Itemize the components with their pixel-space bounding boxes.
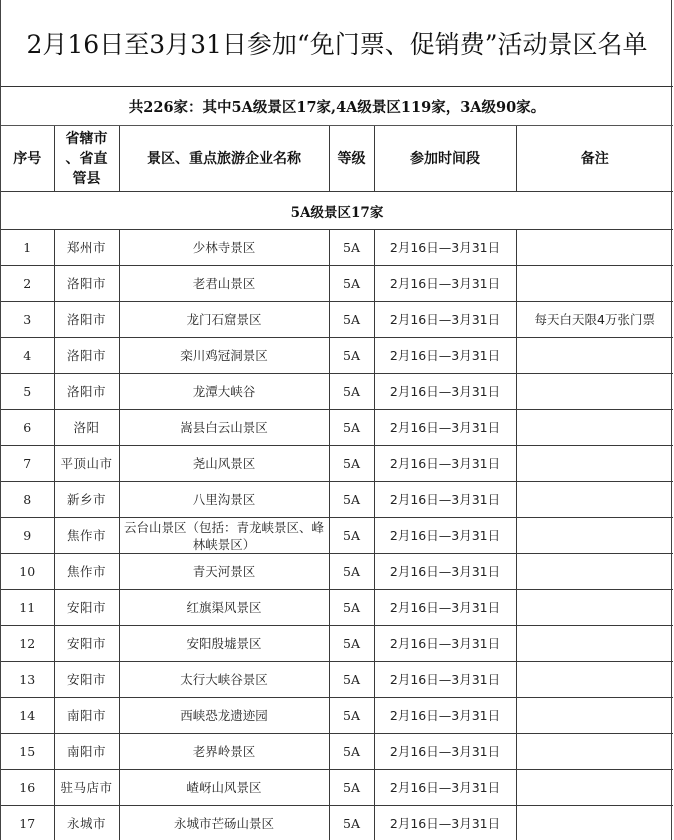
row-seq: 12	[1, 626, 54, 662]
row-seq: 17	[1, 806, 54, 840]
row-name: 尧山风景区	[119, 446, 329, 482]
row-period: 2月16日—3月31日	[374, 230, 516, 266]
table-row: 8新乡市八里沟景区5A2月16日—3月31日	[1, 482, 673, 518]
row-seq: 11	[1, 590, 54, 626]
section-label: 5A级景区17家	[1, 192, 673, 230]
row-seq: 14	[1, 698, 54, 734]
row-name: 西峡恐龙遗迹园	[119, 698, 329, 734]
table-row: 2洛阳市老君山景区5A2月16日—3月31日	[1, 266, 673, 302]
row-note	[516, 698, 673, 734]
row-note	[516, 626, 673, 662]
row-seq: 1	[1, 230, 54, 266]
row-city: 平顶山市	[54, 446, 119, 482]
header-note: 备注	[516, 126, 673, 192]
header-row: 序号 省辖市 、省直 管县 景区、重点旅游企业名称 等级 参加时间段 备注	[1, 126, 673, 192]
row-seq: 3	[1, 302, 54, 338]
row-seq: 13	[1, 662, 54, 698]
header-city-line3: 管县	[55, 169, 119, 189]
row-name: 龙门石窟景区	[119, 302, 329, 338]
row-name: 青天河景区	[119, 554, 329, 590]
row-grade: 5A	[329, 626, 374, 662]
summary-band: 共226家：其中5A级景区17家,4A级景区119家，3A级90家。	[1, 87, 673, 126]
row-city: 新乡市	[54, 482, 119, 518]
header-grade: 等级	[329, 126, 374, 192]
row-city: 洛阳市	[54, 374, 119, 410]
row-grade: 5A	[329, 770, 374, 806]
row-grade: 5A	[329, 374, 374, 410]
row-seq: 6	[1, 410, 54, 446]
table-row: 14南阳市西峡恐龙遗迹园5A2月16日—3月31日	[1, 698, 673, 734]
table-row: 9焦作市云台山景区（包括：青龙峡景区、峰林峡景区）5A2月16日—3月31日	[1, 518, 673, 554]
header-city-line2: 、省直	[55, 149, 119, 169]
row-city: 安阳市	[54, 662, 119, 698]
row-note	[516, 770, 673, 806]
row-seq: 16	[1, 770, 54, 806]
row-grade: 5A	[329, 266, 374, 302]
row-city: 南阳市	[54, 698, 119, 734]
row-name: 嵖岈山风景区	[119, 770, 329, 806]
table-row: 11安阳市红旗渠风景区5A2月16日—3月31日	[1, 590, 673, 626]
row-city: 焦作市	[54, 518, 119, 554]
row-city: 洛阳市	[54, 302, 119, 338]
row-note	[516, 374, 673, 410]
header-seq: 序号	[1, 126, 54, 192]
row-grade: 5A	[329, 554, 374, 590]
row-seq: 7	[1, 446, 54, 482]
row-grade: 5A	[329, 734, 374, 770]
row-period: 2月16日—3月31日	[374, 518, 516, 554]
row-city: 郑州市	[54, 230, 119, 266]
row-grade: 5A	[329, 302, 374, 338]
table-row: 7平顶山市尧山风景区5A2月16日—3月31日	[1, 446, 673, 482]
row-note	[516, 482, 673, 518]
row-note: 每天白天限4万张门票	[516, 302, 673, 338]
row-name: 永城市芒砀山景区	[119, 806, 329, 840]
row-city: 洛阳	[54, 410, 119, 446]
row-period: 2月16日—3月31日	[374, 482, 516, 518]
summary-text: 共226家：其中5A级景区17家,4A级景区119家，3A级90家。	[129, 96, 545, 117]
row-city: 焦作市	[54, 554, 119, 590]
row-period: 2月16日—3月31日	[374, 662, 516, 698]
header-city-line1: 省辖市	[55, 129, 119, 149]
document-sheet: 2月16日至3月31日参加“免门票、促销费”活动景区名单 共226家：其中5A级…	[0, 0, 672, 840]
header-name: 景区、重点旅游企业名称	[119, 126, 329, 192]
row-seq: 9	[1, 518, 54, 554]
row-period: 2月16日—3月31日	[374, 698, 516, 734]
row-note	[516, 518, 673, 554]
row-city: 安阳市	[54, 626, 119, 662]
row-period: 2月16日—3月31日	[374, 770, 516, 806]
row-grade: 5A	[329, 662, 374, 698]
row-note	[516, 554, 673, 590]
row-period: 2月16日—3月31日	[374, 266, 516, 302]
row-name: 龙潭大峡谷	[119, 374, 329, 410]
section-row-5a: 5A级景区17家	[1, 192, 673, 230]
row-seq: 5	[1, 374, 54, 410]
row-city: 洛阳市	[54, 338, 119, 374]
table-row: 12安阳市安阳殷墟景区5A2月16日—3月31日	[1, 626, 673, 662]
row-name: 红旗渠风景区	[119, 590, 329, 626]
row-city: 驻马店市	[54, 770, 119, 806]
row-grade: 5A	[329, 698, 374, 734]
row-name: 老君山景区	[119, 266, 329, 302]
row-period: 2月16日—3月31日	[374, 806, 516, 840]
row-name: 太行大峡谷景区	[119, 662, 329, 698]
row-period: 2月16日—3月31日	[374, 734, 516, 770]
table-row: 3洛阳市龙门石窟景区5A2月16日—3月31日每天白天限4万张门票	[1, 302, 673, 338]
row-grade: 5A	[329, 482, 374, 518]
header-city: 省辖市 、省直 管县	[54, 126, 119, 192]
row-period: 2月16日—3月31日	[374, 590, 516, 626]
row-period: 2月16日—3月31日	[374, 626, 516, 662]
row-name: 嵩县白云山景区	[119, 410, 329, 446]
table-row: 13安阳市太行大峡谷景区5A2月16日—3月31日	[1, 662, 673, 698]
row-note	[516, 338, 673, 374]
row-note	[516, 806, 673, 840]
row-period: 2月16日—3月31日	[374, 338, 516, 374]
row-note	[516, 446, 673, 482]
row-seq: 2	[1, 266, 54, 302]
table-body: 5A级景区17家 1郑州市少林寺景区5A2月16日—3月31日2洛阳市老君山景区…	[1, 192, 673, 840]
row-note	[516, 662, 673, 698]
row-grade: 5A	[329, 590, 374, 626]
row-city: 永城市	[54, 806, 119, 840]
row-note	[516, 266, 673, 302]
row-seq: 4	[1, 338, 54, 374]
row-grade: 5A	[329, 806, 374, 840]
row-city: 安阳市	[54, 590, 119, 626]
table-row: 5洛阳市龙潭大峡谷5A2月16日—3月31日	[1, 374, 673, 410]
row-name: 栾川鸡冠洞景区	[119, 338, 329, 374]
row-seq: 8	[1, 482, 54, 518]
row-period: 2月16日—3月31日	[374, 302, 516, 338]
table-row: 17永城市永城市芒砀山景区5A2月16日—3月31日	[1, 806, 673, 840]
row-note	[516, 590, 673, 626]
header-period: 参加时间段	[374, 126, 516, 192]
table-row: 10焦作市青天河景区5A2月16日—3月31日	[1, 554, 673, 590]
row-grade: 5A	[329, 518, 374, 554]
row-note	[516, 734, 673, 770]
row-name: 老界岭景区	[119, 734, 329, 770]
row-name: 八里沟景区	[119, 482, 329, 518]
table-row: 4洛阳市栾川鸡冠洞景区5A2月16日—3月31日	[1, 338, 673, 374]
table-row: 15南阳市老界岭景区5A2月16日—3月31日	[1, 734, 673, 770]
row-city: 南阳市	[54, 734, 119, 770]
row-name: 安阳殷墟景区	[119, 626, 329, 662]
title-band: 2月16日至3月31日参加“免门票、促销费”活动景区名单	[1, 0, 673, 87]
row-name: 云台山景区（包括：青龙峡景区、峰林峡景区）	[119, 518, 329, 554]
row-note	[516, 410, 673, 446]
table-row: 6洛阳嵩县白云山景区5A2月16日—3月31日	[1, 410, 673, 446]
row-seq: 15	[1, 734, 54, 770]
document-title: 2月16日至3月31日参加“免门票、促销费”活动景区名单	[27, 25, 648, 61]
row-grade: 5A	[329, 230, 374, 266]
row-period: 2月16日—3月31日	[374, 374, 516, 410]
row-seq: 10	[1, 554, 54, 590]
row-name: 少林寺景区	[119, 230, 329, 266]
table-row: 1郑州市少林寺景区5A2月16日—3月31日	[1, 230, 673, 266]
row-grade: 5A	[329, 410, 374, 446]
row-period: 2月16日—3月31日	[374, 554, 516, 590]
row-period: 2月16日—3月31日	[374, 410, 516, 446]
row-note	[516, 230, 673, 266]
scenic-spot-table: 序号 省辖市 、省直 管县 景区、重点旅游企业名称 等级 参加时间段 备注 5A…	[1, 126, 673, 840]
row-city: 洛阳市	[54, 266, 119, 302]
table-row: 16驻马店市嵖岈山风景区5A2月16日—3月31日	[1, 770, 673, 806]
row-period: 2月16日—3月31日	[374, 446, 516, 482]
row-grade: 5A	[329, 338, 374, 374]
row-grade: 5A	[329, 446, 374, 482]
